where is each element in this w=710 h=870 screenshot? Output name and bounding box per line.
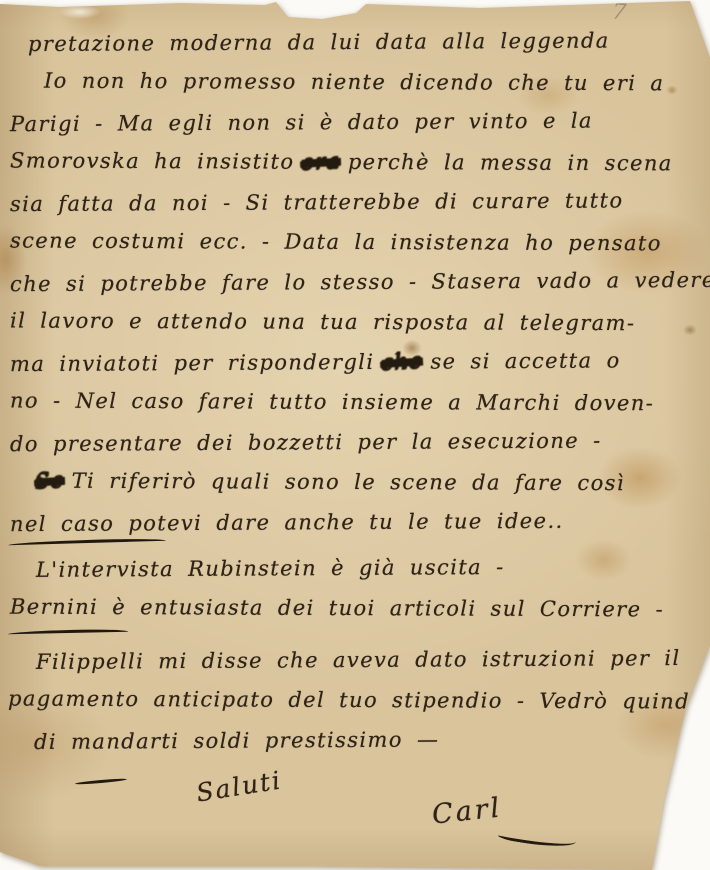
letter-line: SeTi riferirò quali sono le scene da far… <box>10 460 710 503</box>
letter-line: do presentare dei bozzetti per la esecuz… <box>10 420 710 464</box>
letter-line: Smorovska ha insistitooraperchè la messa… <box>10 140 710 183</box>
letter-line: il lavoro e attendo una tua risposta al … <box>10 300 710 343</box>
signature: Carl <box>431 792 504 830</box>
letter-line: Filippelli mi disse che aveva dato istru… <box>8 638 698 682</box>
letter-line: ma inviatoti per risponderglichese si ac… <box>10 340 710 384</box>
letter-line: L'intervista Rubinstein è già uscita - <box>10 546 664 590</box>
letter-page: 7 pretazione moderna da lui data alla le… <box>0 0 710 870</box>
letter-line: Bernini è entusiasta dei tuoi articoli s… <box>10 587 664 630</box>
letter-line: Parigi - Ma egli non si è dato per vinto… <box>10 100 710 144</box>
paper-shadow-wrap: 7 pretazione moderna da lui data alla le… <box>0 0 710 870</box>
line-text: Smorovska ha insistito <box>10 148 295 173</box>
letter-line: sia fatta da noi - Si tratterebbe di cur… <box>10 180 710 224</box>
closing-dash-stroke <box>75 778 127 786</box>
letter-line: pagamento anticipato del tuo stipendio -… <box>8 678 698 721</box>
letter-line: Io non ho promesso niente dicendo che tu… <box>10 60 710 103</box>
letter-line: scene costumi ecc. - Data la insistenza … <box>10 220 710 263</box>
handwritten-divider <box>8 629 128 635</box>
line-text: se si accetta o <box>430 348 620 373</box>
line-text: perchè la messa in scena <box>348 150 673 175</box>
signature-flourish-stroke <box>497 826 576 851</box>
letter-body-payment: Filippelli mi disse che aveva dato istru… <box>8 640 698 760</box>
scribbled-out-word: ora <box>301 141 342 183</box>
letter-line: che si potrebbe fare lo stesso - Stasera… <box>10 260 710 304</box>
letter-body-news: L'intervista Rubinstein è già uscita - B… <box>10 548 664 628</box>
letter-line: di mandarti soldi prestissimo — <box>8 718 698 762</box>
letter-line: nel caso potevi dare anche tu le tue ide… <box>10 500 710 544</box>
line-text: ma inviatoti per rispondergli <box>10 350 375 376</box>
scanned-letter: 7 pretazione moderna da lui data alla le… <box>0 0 710 870</box>
letter-line: no - Nel caso farei tutto insieme a Marc… <box>10 380 710 423</box>
line-text: Ti riferirò quali sono le scene da fare … <box>72 469 625 495</box>
scribbled-out-word: che <box>380 341 424 383</box>
salutation: Saluti <box>194 765 284 807</box>
letter-body-main: pretazione moderna da lui data alla legg… <box>10 22 710 542</box>
letter-line: pretazione moderna da lui data alla legg… <box>10 20 710 64</box>
scribbled-out-word: Se <box>34 460 66 501</box>
